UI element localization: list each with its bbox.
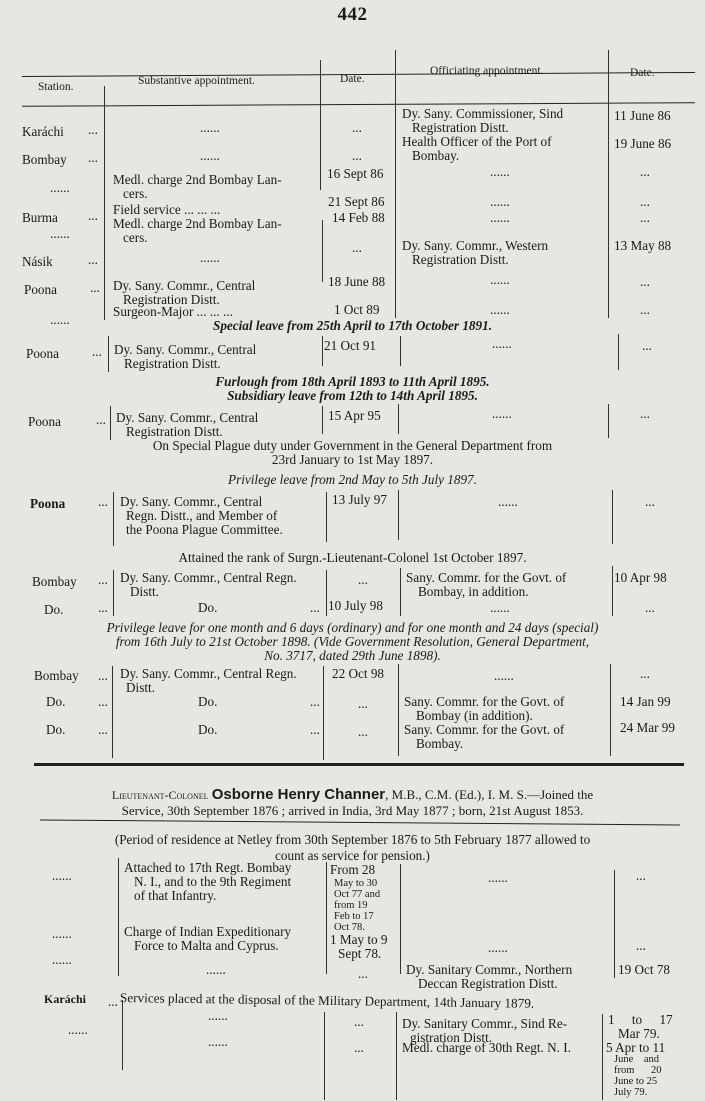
date-cell: 19 Oct 78 [618, 962, 670, 977]
officiating-cell: ...... [488, 870, 508, 885]
officiating-cell: Bombay, in addition. [418, 584, 529, 599]
leader-dots: ... [98, 600, 108, 615]
officiating-cell: Bombay (in addition). [416, 708, 533, 723]
col-rule [395, 50, 396, 318]
substantive-cell: Medl. charge 2nd Bombay Lan- [113, 172, 282, 187]
date-cell: ... [352, 148, 362, 163]
date-cell: 24 Mar 99 [620, 720, 675, 735]
leader-dots: ... [88, 150, 98, 165]
officiating-cell: Registration Distt. [412, 120, 509, 135]
officiating-cell: Dy. Sanitary Commr., Northern [406, 962, 572, 977]
date-cell: 18 June 88 [328, 274, 385, 289]
date-cell: Sept 78. [338, 946, 381, 961]
date-cell: ... [358, 724, 368, 739]
leader-dots: ... [96, 412, 106, 427]
col-rule [322, 406, 323, 434]
col-rule [326, 492, 327, 542]
col-rule [398, 664, 399, 756]
date-cell: 13 May 88 [614, 238, 671, 253]
col-rule [398, 404, 399, 434]
officiating-cell: Medl. charge of 30th Regt. N. I. [402, 1040, 571, 1055]
note-special-leave: Special leave from 25th April to 17th Oc… [0, 318, 705, 333]
col-rule [608, 50, 609, 318]
officer-table-top-rule [40, 819, 680, 825]
header-date2: Date. [630, 66, 655, 81]
station-cell: Burma [22, 210, 58, 225]
station-cell: Do. [44, 602, 63, 617]
station-cell: Do. [46, 722, 65, 737]
substantive-cell: Dy. Sany. Commr., Central [120, 494, 262, 509]
substantive-cell: Medl. charge 2nd Bombay Lan- [113, 216, 282, 231]
officiating-cell: Dy. Sany. Commissioner, Sind [402, 106, 563, 121]
officiating-cell: Health Officer of the Port of [402, 134, 552, 149]
leader-dots: ... [310, 694, 320, 709]
officiating-cell: ...... [490, 164, 510, 179]
officiating-cell: Sany. Commr. for the Govt. of [406, 570, 566, 585]
date-cell: 1 Oct 89 [334, 302, 379, 317]
station-cell: Karáchi [22, 124, 64, 139]
substantive-cell: Attached to 17th Regt. Bombay [124, 860, 291, 875]
header-date1: Date. [340, 72, 365, 87]
officiating-cell: Sany. Commr. for the Govt. of [404, 722, 564, 737]
date-cell: June and [614, 1054, 659, 1066]
leader-dots: ... [108, 994, 118, 1009]
leader-dots: ... [98, 668, 108, 683]
date-cell: ... [640, 164, 650, 179]
officer-name: Osborne Henry Channer [212, 786, 385, 803]
header-station: Station. [38, 80, 73, 95]
substantive-cell: Dy. Sany. Commr., Central Regn. [120, 570, 297, 585]
col-rule [122, 1000, 123, 1070]
substantive-cell: Dy. Sany. Commr., Central [114, 342, 256, 357]
date-cell: ... [640, 666, 650, 681]
officiating-cell: ...... [488, 940, 508, 955]
col-rule [324, 1012, 325, 1100]
note-subsidiary: Subsidiary leave from 12th to 14th April… [0, 388, 705, 403]
date-cell: From 28 [330, 862, 375, 877]
substantive-cell: ...... [206, 962, 226, 977]
station-cell: ...... [52, 926, 72, 941]
col-rule [104, 86, 105, 320]
col-rule [112, 666, 113, 758]
substantive-cell: ...... [208, 1008, 228, 1023]
date-cell: ... [642, 338, 652, 353]
substantive-cell: Registration Distt. [126, 424, 223, 439]
leader-dots: ... [98, 494, 108, 509]
date-cell: 5 Apr to 11 [606, 1040, 665, 1055]
header-bottom-rule [22, 102, 695, 107]
col-rule [400, 864, 401, 974]
substantive-cell: of that Infantry. [134, 888, 216, 903]
col-rule [322, 336, 323, 366]
substantive-cell: Regn. Distt., and Member of [126, 508, 277, 523]
date-cell: ... [640, 406, 650, 421]
col-rule [326, 570, 327, 616]
station-cell: Poona [26, 346, 59, 361]
col-rule [113, 570, 114, 616]
station-cell: ...... [50, 226, 70, 241]
date-cell: Oct 77 and [334, 889, 380, 901]
station-cell: ...... [52, 868, 72, 883]
note-military: Services placed at the disposal of the M… [120, 990, 534, 1011]
date-cell: 1 May to 9 [330, 932, 388, 947]
substantive-cell: Surgeon-Major ... ... ... [113, 304, 233, 319]
date-cell: ... [352, 120, 362, 135]
date-cell: 21 Sept 86 [328, 194, 384, 209]
substantive-cell: Field service ... ... ... [113, 202, 220, 217]
note-privilege-1898-1: Privilege leave for one month and 6 days… [0, 620, 705, 635]
substantive-cell: Do. [198, 600, 217, 615]
substantive-cell: Dy. Sany. Commr., Central [116, 410, 258, 425]
date-cell: 21 Oct 91 [324, 338, 376, 353]
leader-dots: ... [92, 344, 102, 359]
officiating-cell: Deccan Registration Distt. [418, 976, 558, 991]
officiating-cell: ...... [490, 272, 510, 287]
leader-dots: ... [88, 252, 98, 267]
col-rule [602, 1014, 603, 1100]
substantive-cell: Do. [198, 694, 217, 709]
substantive-cell: N. I., and to the 9th Regiment [134, 874, 291, 889]
leader-dots: ... [90, 280, 100, 295]
col-rule [400, 336, 401, 366]
officiating-cell: ...... [490, 210, 510, 225]
officiating-cell: ...... [492, 336, 512, 351]
date-cell: 1 to 17 [608, 1012, 673, 1027]
substantive-cell: Dy. Sany. Commr., Central Regn. [120, 666, 297, 681]
officiating-cell: ...... [490, 302, 510, 317]
leader-dots: ... [98, 694, 108, 709]
date-cell: 10 Apr 98 [614, 570, 667, 585]
leader-dots: ... [98, 572, 108, 587]
col-rule [326, 862, 327, 974]
substantive-cell: Registration Distt. [124, 356, 221, 371]
officiating-cell: ...... [494, 668, 514, 683]
substantive-cell: ...... [208, 1034, 228, 1049]
substantive-cell: ...... [200, 148, 220, 163]
station-cell: Poona [24, 282, 57, 297]
document-page: 442 Station. Substantive appointment. Da… [0, 0, 705, 1101]
date-cell: ... [640, 274, 650, 289]
officiating-cell: Dy. Sanitary Commr., Sind Re- [402, 1016, 567, 1031]
section-separator [34, 763, 684, 766]
date-cell: 10 July 98 [328, 598, 383, 613]
leader-dots: ... [88, 208, 98, 223]
col-rule [322, 220, 323, 282]
date-cell: 16 Sept 86 [327, 166, 383, 181]
date-cell: ... [640, 194, 650, 209]
header-officiating: Officiating appointment. [430, 64, 543, 79]
date-cell: ... [636, 868, 646, 883]
col-rule [108, 336, 109, 372]
officer-qualifications: , M.B., C.M. (Ed.), I. M. S.—Joined the [385, 787, 593, 802]
officiating-cell: ...... [498, 494, 518, 509]
page-number: 442 [0, 4, 705, 26]
substantive-cell: cers. [123, 230, 148, 245]
date-cell: May to 30 [334, 878, 377, 890]
substantive-cell: Charge of Indian Expeditionary [124, 924, 291, 939]
station-cell: ...... [52, 952, 72, 967]
leader-dots: ... [88, 122, 98, 137]
date-cell: 11 June 86 [614, 108, 671, 123]
date-cell: Mar 79. [618, 1026, 660, 1041]
date-cell: from 20 [614, 1065, 662, 1077]
date-cell: 14 Jan 99 [620, 694, 671, 709]
station-cell: Bombay [32, 574, 77, 589]
note-privilege-1898-2: from 16th July to 21st October 1898. (Vi… [0, 634, 705, 649]
date-cell: ... [358, 572, 368, 587]
col-rule [614, 870, 615, 978]
officiating-cell: Bombay. [416, 736, 463, 751]
col-rule [608, 404, 609, 438]
date-cell: ... [354, 1014, 364, 1029]
note-furlough: Furlough from 18th April 1893 to 11th Ap… [0, 374, 705, 389]
station-cell: ...... [68, 1022, 88, 1037]
date-cell: 13 July 97 [332, 492, 387, 507]
officiating-cell: Bombay. [412, 148, 459, 163]
station-cell: ...... [50, 180, 70, 195]
station-cell: Násik [22, 254, 53, 269]
officiating-cell: ...... [492, 406, 512, 421]
date-cell: 22 Oct 98 [332, 666, 384, 681]
col-rule [113, 492, 114, 546]
note-privilege-1898-3: No. 3717, dated 29th June 1898). [0, 648, 705, 663]
col-rule [610, 664, 611, 756]
note-netley-2: count as service for pension.) [0, 848, 705, 863]
substantive-cell: Distt. [126, 680, 155, 695]
substantive-cell: ...... [200, 250, 220, 265]
date-cell: ... [645, 600, 655, 615]
col-rule [323, 666, 324, 760]
header-substantive: Substantive appointment. [138, 74, 255, 89]
officer-rank: Lieutenant-Colonel [112, 788, 209, 802]
officiating-cell: Sany. Commr. for the Govt. of [404, 694, 564, 709]
leader-dots: ... [310, 600, 320, 615]
note-rank: Attained the rank of Surgn.-Lieutenant-C… [0, 550, 705, 565]
col-rule [396, 1012, 397, 1100]
date-cell: 14 Feb 88 [332, 210, 385, 225]
date-cell: ... [645, 494, 655, 509]
date-cell: ... [354, 1040, 364, 1055]
note-plague-2: 23rd January to 1st May 1897. [0, 452, 705, 467]
leader-dots: ... [310, 722, 320, 737]
date-cell: July 79. [614, 1087, 647, 1099]
station-cell: Karáchi [44, 992, 86, 1007]
note-plague-1: On Special Plague duty under Government … [0, 438, 705, 453]
station-cell: Poona [28, 414, 61, 429]
col-rule [400, 568, 401, 616]
date-cell: ... [636, 938, 646, 953]
date-cell: from 19 [334, 900, 368, 912]
date-cell: ... [640, 210, 650, 225]
date-cell: 19 June 86 [614, 136, 671, 151]
station-cell: Poona [30, 496, 65, 511]
substantive-cell: Do. [198, 722, 217, 737]
station-cell: Do. [46, 694, 65, 709]
col-rule [612, 566, 613, 616]
col-rule [110, 406, 111, 440]
note-netley-1: (Period of residence at Netley from 30th… [0, 832, 705, 847]
col-rule [612, 490, 613, 544]
date-cell: ... [358, 696, 368, 711]
officiating-cell: ...... [490, 600, 510, 615]
officiating-cell: ...... [490, 194, 510, 209]
substantive-cell: the Poona Plague Committee. [126, 522, 283, 537]
date-cell: June to 25 [614, 1076, 657, 1088]
col-rule [618, 334, 619, 370]
col-rule [118, 858, 119, 976]
substantive-cell: Dy. Sany. Commr., Central [113, 278, 255, 293]
date-cell: ... [640, 302, 650, 317]
date-cell: 15 Apr 95 [328, 408, 381, 423]
date-cell: ... [358, 966, 368, 981]
officer-service-line: Service, 30th September 1876 ; arrived i… [0, 802, 705, 819]
note-privilege-1897: Privilege leave from 2nd May to 5th July… [0, 472, 705, 487]
substantive-cell: ...... [200, 120, 220, 135]
col-rule [320, 60, 321, 190]
substantive-cell: Force to Malta and Cyprus. [134, 938, 279, 953]
substantive-cell: Distt. [130, 584, 159, 599]
station-cell: Bombay [22, 152, 67, 167]
leader-dots: ... [98, 722, 108, 737]
date-cell: Feb to 17 [334, 911, 374, 923]
officiating-cell: Dy. Sany. Commr., Western [402, 238, 548, 253]
substantive-cell: cers. [123, 186, 148, 201]
officiating-cell: Registration Distt. [412, 252, 509, 267]
station-cell: Bombay [34, 668, 79, 683]
date-cell: ... [352, 240, 362, 255]
col-rule [398, 490, 399, 540]
